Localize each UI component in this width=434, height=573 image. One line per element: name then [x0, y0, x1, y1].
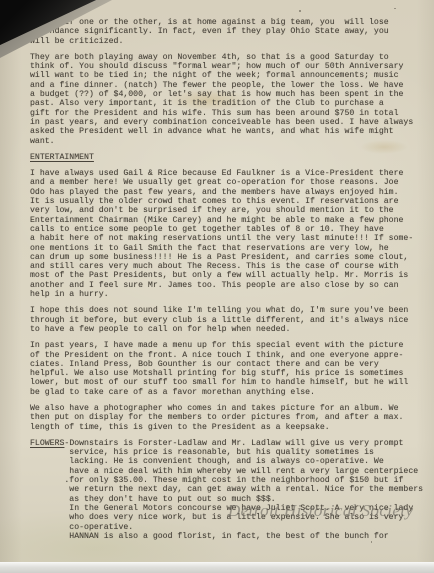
paragraph-flowers: FLOWERS-Downstairs is Forster-Ladlaw and… — [30, 439, 426, 541]
paper-speck — [394, 8, 396, 9]
scanner-bed-edge — [0, 562, 434, 573]
flowers-heading-label: FLOWERS — [30, 439, 64, 448]
paragraph-entertainment-body: I have always used Gail & Rice because E… — [30, 169, 426, 299]
paper-speck — [333, 452, 335, 453]
paragraph-games-continuation: games. If one or the other, is at home a… — [30, 18, 426, 46]
paragraph-advice-note: I hope this does not sound like I'm tell… — [30, 306, 426, 334]
section-heading-entertainment: ENTERTAINMENT — [30, 153, 426, 162]
flowers-body-text: -Downstairs is Forster-Ladlaw and Mr. La… — [30, 439, 423, 541]
paragraph-menu-printing: In past years, I have made a menu up for… — [30, 341, 426, 397]
paper-speck — [214, 57, 216, 59]
scanned-document-page: games. If one or the other, is at home a… — [0, 0, 434, 573]
entertainment-heading-label: ENTERTAINMENT — [30, 153, 94, 162]
paragraph-event-planning: They are both playing away on November 4… — [30, 53, 426, 146]
typed-text: games. If one or the other, is at home a… — [0, 0, 434, 563]
watermark-detroit-historical-society: Detroit Historical Society — [228, 501, 413, 521]
paragraph-photographer: We also have a photographer who comes in… — [30, 404, 426, 432]
paper-speck — [371, 541, 372, 543]
paper-speck — [299, 10, 301, 12]
paper: games. If one or the other, is at home a… — [0, 0, 434, 563]
